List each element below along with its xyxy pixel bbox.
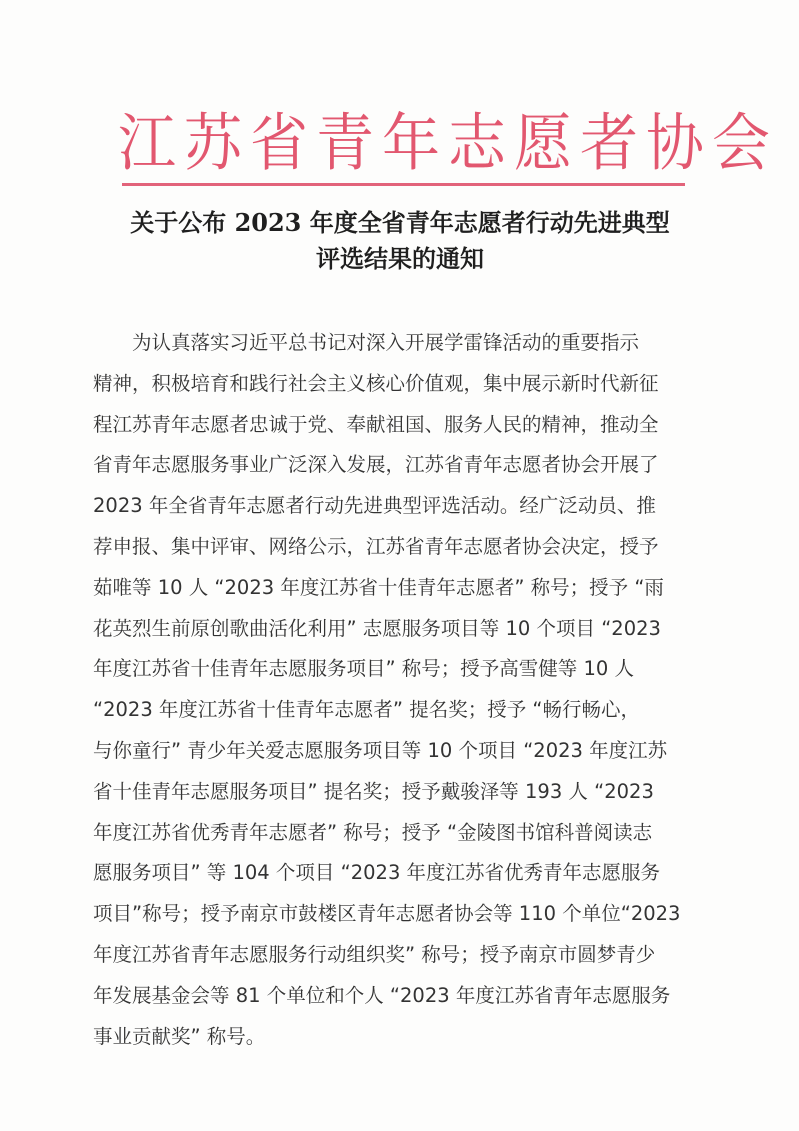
body-line: 2023 年全省青年志愿者行动先进典型评选活动。经广泛动员、推 bbox=[93, 486, 705, 527]
body-line: 愿服务项目” 等 104 个项目 “2023 年度江苏省优秀青年志愿服务 bbox=[93, 853, 705, 894]
title-line-1: 关于公布 2023 年度全省青年志愿者行动先进典型 bbox=[100, 205, 700, 241]
body-line: 年度江苏省十佳青年志愿服务项目” 称号；授予高雪健等 10 人 bbox=[93, 649, 705, 690]
letterhead: 江苏省青年志愿者协会 bbox=[118, 108, 684, 178]
body-line: 事业贡献奖” 称号。 bbox=[93, 1017, 705, 1058]
body-line: 年发展基金会等 81 个单位和个人 “2023 年度江苏省青年志愿服务 bbox=[93, 976, 705, 1017]
body-line: 与你童行” 青少年关爱志愿服务项目等 10 个项目 “2023 年度江苏 bbox=[93, 731, 705, 772]
title-line-2: 评选结果的通知 bbox=[100, 241, 700, 277]
body-line: 精神，积极培育和践行社会主义核心价值观，集中展示新时代新征 bbox=[93, 364, 705, 405]
organization-name: 江苏省青年志愿者协会 bbox=[118, 105, 684, 181]
body-line: 为认真落实习近平总书记对深入开展学雷锋活动的重要指示 bbox=[93, 323, 705, 364]
body-line: 花英烈生前原创歌曲活化利用” 志愿服务项目等 10 个项目 “2023 bbox=[93, 609, 705, 650]
body-line: “2023 年度江苏省十佳青年志愿者” 提名奖；授予 “畅行畅心， bbox=[93, 690, 705, 731]
body-line: 程江苏青年志愿者忠诚于党、奉献祖国、服务人民的精神，推动全 bbox=[93, 405, 705, 446]
letterhead-red-rule bbox=[122, 183, 685, 186]
body-line: 荐申报、集中评审、网络公示，江苏省青年志愿者协会决定，授予 bbox=[93, 527, 705, 568]
body-line: 省青年志愿服务事业广泛深入发展，江苏省青年志愿者协会开展了 bbox=[93, 445, 705, 486]
body-line: 茹唯等 10 人 “2023 年度江苏省十佳青年志愿者” 称号；授予 “雨 bbox=[93, 568, 705, 609]
body-line: 省十佳青年志愿服务项目” 提名奖；授予戴骏泽等 193 人 “2023 bbox=[93, 772, 705, 813]
body-line: 项目”称号；授予南京市鼓楼区青年志愿者协会等 110 个单位“2023 bbox=[93, 894, 705, 935]
body-line: 年度江苏省青年志愿服务行动组织奖” 称号；授予南京市圆梦青少 bbox=[93, 935, 705, 976]
document-body: 为认真落实习近平总书记对深入开展学雷锋活动的重要指示 精神，积极培育和践行社会主… bbox=[93, 323, 705, 1057]
document-title: 关于公布 2023 年度全省青年志愿者行动先进典型 评选结果的通知 bbox=[100, 205, 700, 277]
body-line: 年度江苏省优秀青年志愿者” 称号；授予 “金陵图书馆科普阅读志 bbox=[93, 813, 705, 854]
